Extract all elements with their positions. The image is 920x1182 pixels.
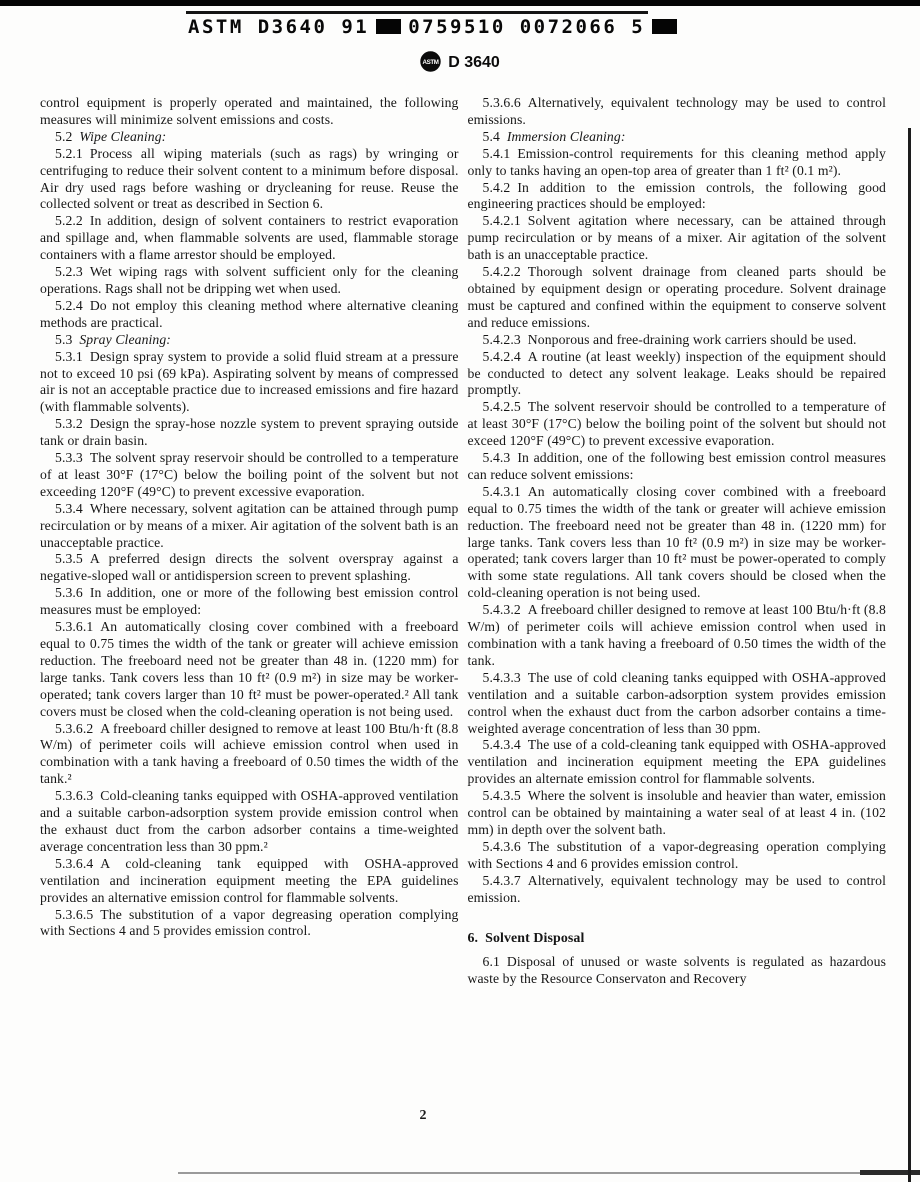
paragraph: 5.2.1 Process all wiping materials (such… [40,146,459,214]
text-body: control equipment is properly operated a… [40,95,886,988]
paragraph: 5.4.3.3 The use of cold cleaning tanks e… [468,670,887,738]
paragraph: 5.3.3 The solvent spray reservoir should… [40,450,459,501]
doc-code: D 3640 [448,54,500,71]
paragraph: 5.4.3.1 An automatically closing cover c… [468,484,887,602]
paragraph: 5.4.2.2 Thorough solvent drainage from c… [468,264,887,332]
astm-logo-icon: ASTM [420,51,441,72]
svg-text:ASTM: ASTM [423,59,439,66]
bottom-scan-rule [178,1172,920,1174]
paragraph: 5.3.6.2 A freeboard chiller designed to … [40,721,459,789]
scan-header-line: ASTM D3640 910759510 0072066 5 [188,16,684,38]
paragraph: 5.4.3 In addition, one of the following … [468,450,887,484]
barcode-block-icon [652,19,677,34]
paragraph: 5.3.5 A preferred design directs the sol… [40,551,459,585]
paragraph: 5.4.3.7 Alternatively, equivalent techno… [468,873,887,907]
paragraph: 5.3.6 In addition, one or more of the fo… [40,585,459,619]
paragraph: 5.2.4 Do not employ this cleaning method… [40,298,459,332]
paragraph: 5.3.6.6 Alternatively, equivalent techno… [468,95,887,129]
paragraph: 5.4.2.3 Nonporous and free-draining work… [468,332,887,349]
page-number: 2 [0,1108,846,1124]
section-heading: 6. Solvent Disposal [468,931,887,948]
paragraph: control equipment is properly operated a… [40,95,459,129]
paragraph: 5.3.2 Design the spray-hose nozzle syste… [40,416,459,450]
paragraph: 5.4.1 Emission-control requirements for … [468,146,887,180]
paragraph: 5.3.6.4 A cold-cleaning tank equipped wi… [40,856,459,907]
subsection-heading: 5.2 Wipe Cleaning: [40,129,459,146]
scan-header-right: 0759510 0072066 5 [408,16,645,38]
scan-header-left: ASTM D3640 91 [188,16,369,38]
paragraph: 5.3.6.3 Cold-cleaning tanks equipped wit… [40,788,459,856]
paragraph: 5.4.2.5 The solvent reservoir should be … [468,399,887,450]
right-edge-scan-line [908,128,911,1182]
left-column: control equipment is properly operated a… [40,95,459,988]
barcode-block-icon [376,19,401,34]
paragraph: 6.1 Disposal of unused or waste solvents… [468,954,887,988]
paragraph: 5.3.6.5 The substitution of a vapor degr… [40,907,459,941]
paragraph: 5.3.1 Design spray system to provide a s… [40,349,459,417]
paragraph: 5.4.3.4 The use of a cold-cleaning tank … [468,737,887,788]
paragraph: 5.4.3.5 Where the solvent is insoluble a… [468,788,887,839]
paragraph: 5.3.4 Where necessary, solvent agitation… [40,501,459,552]
subsection-heading: 5.3 Spray Cleaning: [40,332,459,349]
paragraph: 5.4.3.6 The substitution of a vapor-degr… [468,839,887,873]
bottom-scan-rule-dark [860,1170,920,1175]
paragraph: 5.4.2.1 Solvent agitation where necessar… [468,213,887,264]
paragraph: 5.2.3 Wet wiping rags with solvent suffi… [40,264,459,298]
right-column: 5.3.6.6 Alternatively, equivalent techno… [468,95,887,988]
paragraph: 5.3.6.1 An automatically closing cover c… [40,619,459,720]
top-scan-bar [0,0,920,6]
header-rule [186,11,648,14]
paragraph: 5.4.2.4 A routine (at least weekly) insp… [468,349,887,400]
subsection-heading: 5.4 Immersion Cleaning: [468,129,887,146]
document-page: ASTM D3640 910759510 0072066 5 ASTM D 36… [0,0,920,1182]
paragraph: 5.4.3.2 A freeboard chiller designed to … [468,602,887,670]
paragraph: 5.4.2 In addition to the emission contro… [468,180,887,214]
document-id-header: ASTM D 3640 [0,51,920,72]
paragraph: 5.2.2 In addition, design of solvent con… [40,213,459,264]
